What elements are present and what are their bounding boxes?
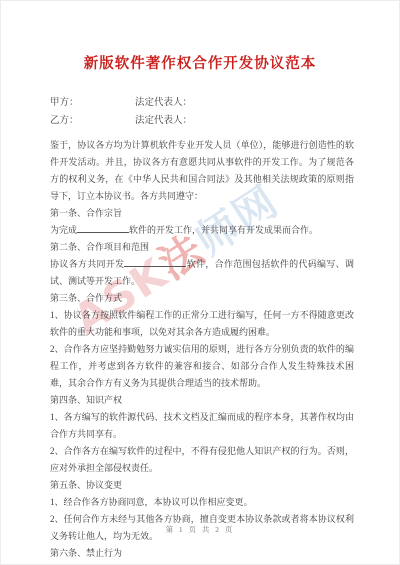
- clause-6-heading: 第六条、禁止行为: [50, 545, 354, 562]
- preamble-paragraph: 鉴于，协议各方均为计算机软件专业开发人员（单位），能够进行创造性的软件开发活动。…: [50, 137, 354, 205]
- party-a-label: 甲方：: [50, 94, 135, 112]
- clause-2-text: 协议各方共同开发软件，合作范围包括软件的代码编写、调试、测试等开发工作。: [50, 256, 354, 290]
- document-body: 鉴于，协议各方均为计算机软件专业开发人员（单位），能够进行创造性的软件开发活动。…: [0, 137, 400, 562]
- clause-4-item-2: 2、合作各方在编写软件的过程中，不得有侵犯他人知识产权的行为。否则，应对外承担全…: [50, 443, 354, 477]
- document-title: 新版软件著作权合作开发协议范本: [0, 0, 400, 73]
- page-number-footer: 第 1 页 共 2 页: [0, 524, 400, 535]
- clause-5-item-1: 1、经合作各方协商同意，本协议可以作相应变更。: [50, 494, 354, 511]
- party-b-row: 乙方： 法定代表人：: [50, 112, 354, 130]
- clause-1-heading: 第一条、合作宗旨: [50, 205, 354, 222]
- clause-4-heading: 第四条、知识产权: [50, 392, 354, 409]
- clause-3-item-2: 2、合作各方应坚持勤勉努力诚实信用的原则，进行各方分别负责的软件的编程工作，并考…: [50, 341, 354, 392]
- clause-2-pre-text: 协议各方共同开发: [50, 259, 124, 269]
- document-content: 新版软件著作权合作开发协议范本 甲方： 法定代表人： 乙方： 法定代表人： 鉴于…: [0, 0, 400, 565]
- fill-in-blank: [77, 223, 129, 233]
- clause-4-item-1: 1、各方编写的软件源代码、技术文档及汇编而成的程序本身，其著作权均由合作方共同享…: [50, 409, 354, 443]
- clause-2-heading: 第二条、合作项目和范围: [50, 239, 354, 256]
- party-a-row: 甲方： 法定代表人：: [50, 94, 354, 112]
- clause-3-item-1: 1、协议各方按照软件编程工作的正常分工进行编写，任何一方不得随意更改软件的重大功…: [50, 307, 354, 341]
- parties-block: 甲方： 法定代表人： 乙方： 法定代表人：: [0, 94, 400, 130]
- clause-1-post-text: 软件的开发工作，并共同享有开发成果而合作。: [129, 225, 318, 235]
- clause-3-heading: 第三条、合作方式: [50, 290, 354, 307]
- fill-in-blank: [124, 257, 186, 267]
- party-b-label: 乙方：: [50, 112, 135, 130]
- party-b-rep-label: 法定代表人：: [135, 112, 192, 130]
- party-a-rep-label: 法定代表人：: [135, 94, 192, 112]
- clause-5-heading: 第五条、协议变更: [50, 477, 354, 494]
- document-page: ASK法师网 新版软件著作权合作开发协议范本 甲方： 法定代表人： 乙方： 法定…: [0, 0, 400, 565]
- clause-1-text: 为完成软件的开发工作，并共同享有开发成果而合作。: [50, 222, 354, 239]
- clause-1-pre-text: 为完成: [50, 225, 77, 235]
